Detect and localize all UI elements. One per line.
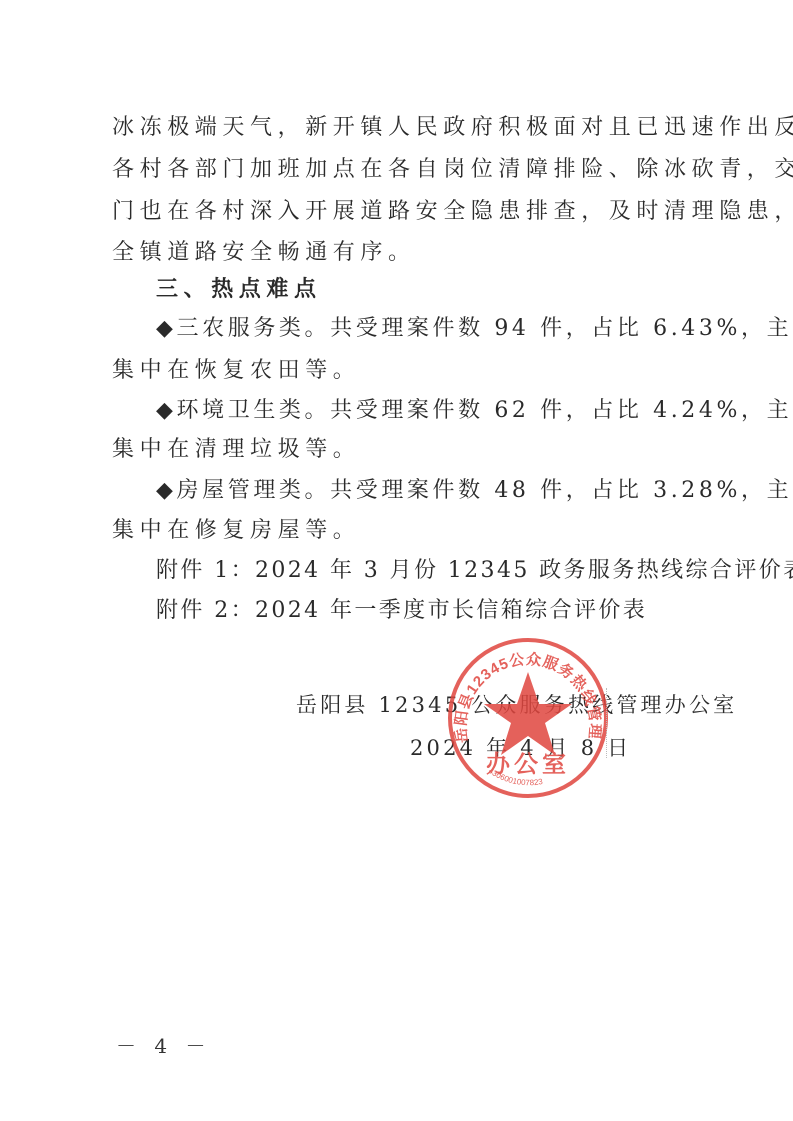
hotspot-1-line-1: ◆三农服务类。共受理案件数 94 件，占比 6.43%，主要 bbox=[156, 315, 726, 343]
paragraph-line-3: 门也在各村深入开展道路安全隐患排查，及时清理隐患，确保 bbox=[112, 198, 682, 226]
hotspot-2-line-2: 集中在清理垃圾等。 bbox=[112, 436, 682, 464]
hotspot-3-line-1: ◆房屋管理类。共受理案件数 48 件，占比 3.28%，主要 bbox=[156, 477, 726, 505]
hotspot-3-line-2: 集中在修复房屋等。 bbox=[112, 517, 682, 545]
hotspot-1-line-2: 集中在恢复农田等。 bbox=[112, 357, 682, 385]
attachment-2: 附件 2：2024 年一季度市长信箱综合评价表 bbox=[156, 597, 726, 625]
page-number: － 4 － bbox=[116, 1030, 211, 1059]
document-page: 冰冻极端天气，新开镇人民政府积极面对且已迅速作出反应， 各村各部门加班加点在各自… bbox=[0, 0, 793, 1121]
section-heading: 三、热点难点 bbox=[156, 275, 726, 303]
paragraph-line-4: 全镇道路安全畅通有序。 bbox=[112, 239, 682, 267]
official-seal-icon: 岳阳县12345公众服务热线管理 办公室 4306001007823 bbox=[438, 632, 618, 800]
paragraph-line-2: 各村各部门加班加点在各自岗位清障排险、除冰砍青，交通部 bbox=[112, 156, 682, 184]
seal-edge-mark bbox=[600, 688, 607, 758]
paragraph-line-1: 冰冻极端天气，新开镇人民政府积极面对且已迅速作出反应， bbox=[112, 114, 682, 142]
hotspot-2-line-1: ◆环境卫生类。共受理案件数 62 件，占比 4.24%，主要 bbox=[156, 397, 726, 425]
attachment-1: 附件 1：2024 年 3 月份 12345 政务服务热线综合评价表 bbox=[156, 557, 726, 585]
